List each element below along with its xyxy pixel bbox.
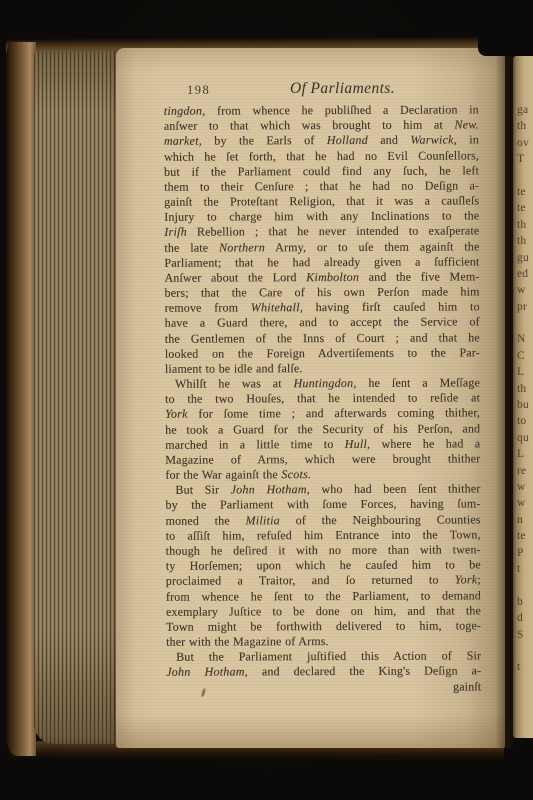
facing-page-fragment: w (517, 282, 533, 298)
text-segment: from whence he ſent to the Parliament, t… (166, 588, 481, 603)
text-line: by the Parliament with ſome Forces, havi… (165, 497, 480, 514)
facing-page-fragment: pr (517, 299, 533, 315)
text-line: Iriſh Rebellion ; that he never intended… (164, 224, 479, 241)
facing-page-fragment: t (517, 659, 533, 675)
text-line: Anſwer about the Lord Kimbolton and the … (164, 269, 479, 286)
facing-page-fragment: d (517, 610, 533, 626)
facing-page-fragment: th (517, 118, 533, 134)
italic-text-segment: tingdon, (164, 104, 206, 118)
italic-text-segment: Northern (219, 240, 265, 254)
italic-text-segment: Scots. (281, 467, 311, 481)
text-line: John Hotham, and declared the King's Deſ… (166, 664, 481, 681)
text-segment: though he deſired it with no more than w… (166, 542, 481, 557)
facing-page-fragment (517, 168, 533, 184)
facing-page-fragment: bu (517, 397, 533, 413)
text-line: the late Northern Army, or to uſe them a… (164, 239, 479, 256)
text-segment: Town might be forthwith delivered to him… (166, 618, 481, 633)
text-segment: liament to be idle and falſe. (165, 361, 303, 376)
text-segment: by the Parliament with ſome Forces, havi… (165, 497, 480, 512)
text-line: market, by the Earls of Holland and Warw… (164, 133, 479, 150)
text-segment: Parliament; that he had already given a … (164, 254, 479, 269)
facing-page-fragment: te (517, 528, 533, 544)
facing-page-fragment: th (517, 381, 533, 397)
text-line: anſwer to that which was brought to him … (164, 117, 479, 134)
text-line: Whilſt he was at Huntingdon, he ſent a M… (165, 375, 480, 392)
facing-page-fragment: w (517, 495, 533, 511)
text-line: York for ſome time ; and afterwards comi… (165, 406, 480, 423)
text-segment: But the Parliament juſtified this Action… (176, 648, 481, 663)
text-segment: having firſt cauſed him to (303, 300, 480, 315)
facing-page-fragment (517, 315, 533, 331)
italic-text-segment: York (165, 407, 188, 421)
text-segment: Whilſt he was at (175, 376, 294, 391)
facing-page-fragment: C (517, 348, 533, 364)
running-title: Of Parliaments. (165, 80, 480, 98)
facing-page-fragment: th (517, 233, 533, 249)
text-line: have a Guard there, and to accept the Se… (165, 315, 480, 332)
text-line: Town might be forthwith delivered to him… (166, 618, 481, 635)
facing-page-fragment: P (517, 545, 533, 561)
text-segment: where he had a (370, 436, 480, 450)
text-line: gainſt the Proteſtant Religion, that it … (164, 193, 479, 210)
text-line: ther with the Magazine of Arms. (166, 633, 481, 650)
text-segment: bers; that the Care of his own Perſon ma… (165, 284, 480, 299)
photo-background-notch (478, 0, 533, 56)
italic-text-segment: market, (164, 134, 202, 148)
text-line: which he ſet forth, that he had no Evil … (164, 148, 479, 165)
text-line: he took a Guard for the Security of his … (165, 421, 480, 438)
text-line: liament to be idle and falſe. (165, 360, 480, 377)
text-line: to the two Houſes, that he intended to r… (165, 391, 480, 408)
facing-page-fragment: b (517, 594, 533, 610)
text-segment: remove from (165, 301, 251, 315)
text-segment: exemplary Juſtice to be done on him, and… (166, 603, 481, 618)
text-segment: which he ſet forth, that he had no Evil … (164, 148, 479, 163)
text-segment: of the Neighbouring Counties (280, 512, 481, 527)
italic-text-segment: Kimbolton (306, 270, 359, 284)
text-segment: and the five Mem- (359, 269, 479, 284)
facing-page-fragment: w (517, 479, 533, 495)
page-text: tingdon, from whence he publiſhed a Decl… (164, 102, 482, 695)
text-segment: ther with the Magazine of Arms. (166, 634, 329, 649)
text-segment: proclaimed a Traitor, and ſo returned to (166, 573, 455, 588)
text-segment: the late (164, 240, 219, 254)
facing-page-fragment: ov (517, 135, 533, 151)
text-line: to aſſiſt him, refuſed him Entrance into… (166, 527, 481, 544)
book-page: 198 Of Parliaments. tingdon, from whence… (116, 48, 505, 748)
facing-page-fragment: ed (517, 266, 533, 282)
text-segment: anſwer to that which was brought to him … (164, 118, 455, 133)
italic-text-segment: Huntingdon, (293, 376, 356, 390)
text-line: Parliament; that he had already given a … (164, 254, 479, 271)
catchword: gainſt (166, 679, 481, 696)
italic-text-segment: John Hotham, (231, 482, 310, 496)
text-line: from whence he ſent to the Parliament, t… (166, 588, 481, 605)
facing-page-fragment: re (517, 463, 533, 479)
facing-page-fragment (517, 643, 533, 659)
text-segment: he took a Guard for the Security of his … (165, 421, 480, 436)
text-line: tingdon, from whence he publiſhed a Decl… (164, 102, 479, 119)
text-segment: Anſwer about the Lord (164, 270, 306, 285)
text-segment: by the Earls of (202, 133, 327, 148)
text-segment: and declared the King's Deſign a- (248, 664, 481, 679)
facing-page-fragment: te (517, 184, 533, 200)
text-segment: in (457, 133, 479, 147)
text-segment: Rebellion ; that he never intended to ex… (187, 224, 479, 239)
text-line: but if the Parliament could find any ſuc… (164, 163, 479, 180)
text-line: But Sir John Hotham, who had been ſent t… (165, 482, 480, 499)
text-segment: Army, or to uſe them againſt the (265, 239, 479, 254)
text-line: Magazine of Arms, which were brought thi… (165, 451, 480, 468)
italic-text-segment: Militia (245, 513, 279, 527)
text-line: though he deſired it with no more than w… (166, 542, 481, 559)
text-segment: moned the (165, 513, 245, 527)
photo-background: 198 Of Parliaments. tingdon, from whence… (0, 0, 533, 800)
italic-text-segment: York (455, 573, 478, 587)
text-segment: them to their Cenſure ; that he had no D… (164, 178, 479, 193)
facing-page-fragment: n (517, 512, 533, 528)
text-segment: to the two Houſes, that he intended to r… (165, 391, 480, 406)
facing-page-fragment: L (517, 446, 533, 462)
italic-text-segment: Holland (327, 133, 368, 147)
facing-page-fragment: qu (517, 430, 533, 446)
text-segment: looked on the Foreign Advertiſements to … (165, 345, 480, 360)
facing-page-fragment: T (517, 151, 533, 167)
facing-page-fragment: th (517, 217, 533, 233)
facing-page-fragment: gu (517, 250, 533, 266)
text-segment: to aſſiſt him, refuſed him Entrance into… (166, 527, 481, 542)
italic-text-segment: New. (454, 117, 479, 131)
page-header: 198 Of Parliaments. (165, 80, 480, 100)
text-line: them to their Cenſure ; that he had no D… (164, 178, 479, 195)
text-segment: and (368, 133, 411, 147)
facing-page-fragment: L (517, 364, 533, 380)
text-segment: gainſt the Proteſtant Religion, that it … (164, 193, 479, 208)
facing-page-fragment: ga (517, 102, 533, 118)
text-segment: ty Horſemen; upon which he cauſed him to… (166, 557, 481, 572)
text-segment: for the War againſt the (165, 467, 281, 482)
text-segment: But Sir (175, 483, 230, 497)
gutter-shadow (495, 48, 513, 748)
text-line: Injury to charge him with any Inclinatio… (164, 209, 479, 226)
text-line: marched in a little time to Hull, where … (165, 436, 480, 453)
facing-page-fragment: t (517, 561, 533, 577)
book-cover-edge (6, 42, 36, 756)
text-segment: marched in a little time to (165, 437, 344, 452)
text-segment: for ſome time ; and afterwards coming th… (188, 406, 480, 421)
facing-page-fragment (517, 577, 533, 593)
text-segment: the Gentlemen of the Inns of Court ; and… (165, 330, 480, 345)
italic-text-segment: Iriſh (164, 225, 187, 239)
italic-text-segment: Warwick, (410, 133, 457, 147)
text-segment: have a Guard there, and to accept the Se… (165, 315, 480, 330)
text-line: for the War againſt the Scots. (165, 466, 480, 483)
text-segment: but if the Parliament could find any ſuc… (164, 163, 479, 178)
text-line: bers; that the Care of his own Perſon ma… (165, 284, 480, 301)
facing-page-fragment: S (517, 627, 533, 643)
text-line: the Gentlemen of the Inns of Court ; and… (165, 330, 480, 347)
text-line: exemplary Juſtice to be done on him, and… (166, 603, 481, 620)
text-segment: Injury to charge him with any Inclinatio… (164, 209, 479, 224)
facing-page-fragment: N (517, 331, 533, 347)
italic-text-segment: John Hotham, (166, 665, 248, 679)
facing-page-text-fragments: gathovTteteththguedwprNCLthbutoquLrewwnt… (513, 56, 533, 676)
text-line: moned the Militia of the Neighbouring Co… (165, 512, 480, 529)
facing-page-sliver: gathovTteteththguedwprNCLthbutoquLrewwnt… (513, 56, 533, 738)
text-line: proclaimed a Traitor, and ſo returned to… (166, 573, 481, 590)
text-line: looked on the Foreign Advertiſements to … (165, 345, 480, 362)
text-line: But the Parliament juſtified this Action… (166, 648, 481, 665)
facing-page-fragment: to (517, 413, 533, 429)
fanned-page-edges (34, 50, 118, 744)
text-line: ty Horſemen; upon which he cauſed him to… (166, 557, 481, 574)
text-line: remove from Whitehall, having firſt cauſ… (165, 300, 480, 317)
italic-text-segment: Whitehall, (251, 300, 303, 314)
text-segment: he ſent a Meſſage (357, 375, 480, 390)
italic-text-segment: Hull, (345, 437, 371, 451)
text-segment: Magazine of Arms, which were brought thi… (165, 451, 480, 466)
text-segment: ; (477, 573, 481, 587)
text-segment: who had been ſent thither (310, 482, 481, 497)
facing-page-fragment: te (517, 200, 533, 216)
text-segment: from whence he publiſhed a Declaration i… (205, 102, 478, 117)
